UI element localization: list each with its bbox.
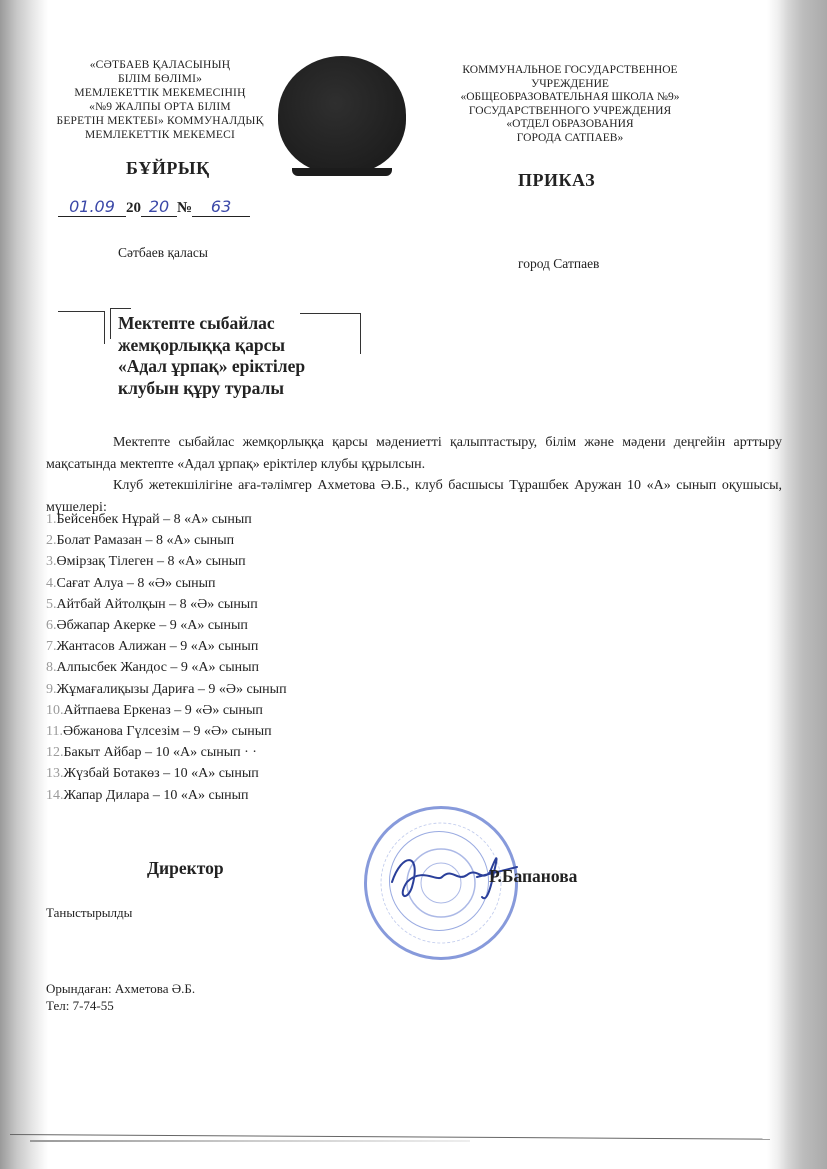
director-title: Директор [147, 858, 224, 879]
order-number: 63 [192, 198, 250, 217]
list-item: 4.Сағат Алуа – 8 «Ә» сынып [46, 573, 287, 594]
subject-line: клубын құру туралы [118, 378, 305, 400]
list-item: 8.Алпысбек Жандос – 9 «А» сынып [46, 657, 287, 678]
list-item: 7.Жантасов Алижан – 9 «А» сынып [46, 636, 287, 657]
subject-line: Мектепте сыбайлас [118, 313, 305, 335]
title-russian: ПРИКАЗ [518, 170, 595, 191]
list-item: 13.Жүзбай Ботакөз – 10 «А» сынып [46, 763, 287, 784]
list-item: 2.Болат Рамазан – 8 «А» сынып [46, 530, 287, 551]
header-ru-line: ГОРОДА САТПАЕВ» [425, 132, 715, 146]
header-ru-line: КОММУНАЛЬНОЕ ГОСУДАРСТВЕННОЕ [425, 64, 715, 78]
scan-right-shadow [767, 0, 827, 1169]
header-ru-line: «ОБЩЕОБРАЗОВАТЕЛЬНАЯ ШКОЛА №9» [425, 91, 715, 105]
page-bottom-edge [10, 1134, 770, 1140]
executor-info: Орындаған: Ахметова Ә.Б. Тел: 7-74-55 [46, 980, 195, 1014]
body-paragraph: Мектепте сыбайлас жемқорлыққа қарсы мәде… [46, 432, 782, 475]
year-suffix: 20 [141, 198, 177, 217]
city-kazakh: Сәтбаев қаласы [118, 245, 208, 261]
subject-line: «Адал ұрпақ» еріктілер [118, 356, 305, 378]
list-item: 1.Бейсенбек Нұрай – 8 «А» сынып [46, 509, 287, 530]
header-kz-line: БЕРЕТІН МЕКТЕБІ» КОММУНАЛДЫҚ [50, 114, 270, 128]
header-ru-line: ГОСУДАРСТВЕННОГО УЧРЕЖДЕНИЯ [425, 105, 715, 119]
acquainted-label: Таныстырылды [46, 905, 132, 921]
year-prefix: 20 [126, 200, 141, 217]
header-russian: КОММУНАЛЬНОЕ ГОСУДАРСТВЕННОЕ УЧРЕЖДЕНИЕ … [425, 64, 715, 145]
header-kz-line: БІЛІМ БӨЛІМІ» [50, 72, 270, 86]
list-item: 5.Айтбай Айтолқын – 8 «Ә» сынып [46, 594, 287, 615]
members-list: 1.Бейсенбек Нұрай – 8 «А» сынып 2.Болат … [46, 509, 287, 806]
subject-bracket-right [300, 313, 361, 354]
header-kz-line: МЕМЛЕКЕТТІК МЕКЕМЕСІНІҢ [50, 86, 270, 100]
order-subject: Мектепте сыбайлас жемқорлыққа қарсы «Ада… [118, 313, 305, 399]
title-kazakh: БҰЙРЫҚ [126, 158, 210, 179]
list-item: 14.Жапар Дилара – 10 «А» сынып [46, 785, 287, 806]
executor-name: Орындаған: Ахметова Ә.Б. [46, 980, 195, 997]
state-emblem-icon [278, 56, 406, 174]
order-date: 01.09 [58, 198, 126, 217]
scan-left-shadow [0, 0, 48, 1169]
header-kz-line: «СӘТБАЕВ ҚАЛАСЫНЫҢ [50, 58, 270, 72]
subject-line: жемқорлыққа қарсы [118, 335, 305, 357]
list-item: 11.Әбжанова Гүлсезім – 9 «Ә» сынып [46, 721, 287, 742]
list-item: 9.Жұмағалиқызы Дариға – 9 «Ә» сынып [46, 679, 287, 700]
list-item: 3.Өмірзақ Тілеген – 8 «А» сынып [46, 551, 287, 572]
executor-phone: Тел: 7-74-55 [46, 997, 195, 1014]
order-body: Мектепте сыбайлас жемқорлыққа қарсы мәде… [46, 432, 782, 518]
header-kazakh: «СӘТБАЕВ ҚАЛАСЫНЫҢ БІЛІМ БӨЛІМІ» МЕМЛЕКЕ… [50, 58, 270, 142]
header-kz-line: «№9 ЖАЛПЫ ОРТА БІЛІМ [50, 100, 270, 114]
list-item: 10.Айтпаева Еркеназ – 9 «Ә» сынып [46, 700, 287, 721]
city-russian: город Сатпаев [518, 256, 599, 272]
scan-bottom-shadow [30, 1140, 470, 1142]
order-date-number: 01.09 20 20 № 63 [58, 198, 250, 217]
director-name: Р.Бапанова [489, 866, 577, 887]
list-item: 12.Бакыт Айбар – 10 «А» сынып · · [46, 742, 287, 763]
header-ru-line: «ОТДЕЛ ОБРАЗОВАНИЯ [425, 118, 715, 132]
number-label: № [177, 200, 192, 217]
list-item: 6.Әбжапар Акерке – 9 «А» сынып [46, 615, 287, 636]
subject-bracket-left [58, 311, 105, 344]
header-kz-line: МЕМЛЕКЕТТІК МЕКЕМЕСІ [50, 128, 270, 142]
header-ru-line: УЧРЕЖДЕНИЕ [425, 78, 715, 92]
